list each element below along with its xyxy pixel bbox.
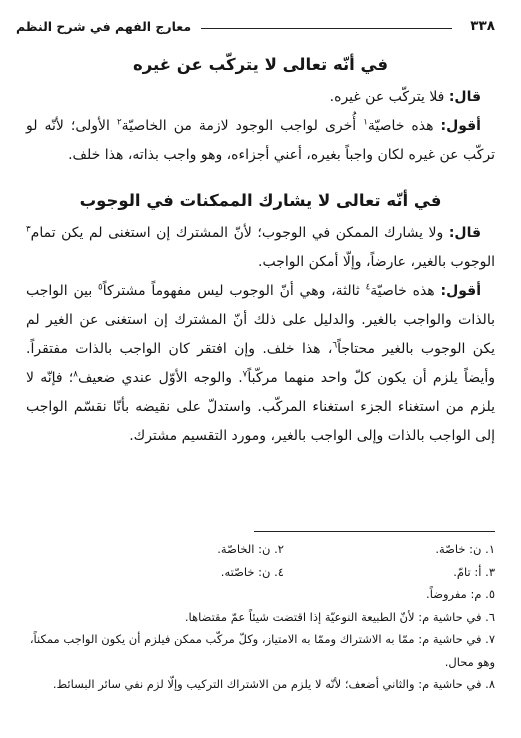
footnote-3: ٣. أ: تامّ. (284, 561, 495, 584)
footnote-ref: ٧ (243, 369, 248, 379)
footnote-6: ٦. في حاشية م: لأنّ الطبيعة النوعيّة إذا… (26, 606, 495, 629)
paragraph-qala-2: قال: ولا يشارك الممكن في الوجوب؛ لأنّ ال… (26, 219, 495, 277)
book-page: معارج الفهم في شرح النظم ٣٣٨ في أنّه تعا… (0, 0, 521, 738)
footnote-separator (254, 531, 495, 532)
paragraph-text: ولا يشارك الممكن في الوجوب؛ لأنّ المشترك… (26, 225, 495, 270)
paragraph-text: فلا يتركّب عن غيره. (330, 89, 449, 105)
speaker-lead: أقول: (441, 283, 482, 299)
paragraph-text: هذه خاصيّة١ أُخرى لواجب الوجود لازمة من … (26, 118, 495, 163)
footnote-5: ٥. م: مفروضاً. (26, 583, 495, 606)
footnote-row: ٣. أ: تامّ. ٤. ن: خاصّته. (26, 561, 495, 584)
footnote-ref: ٤ (366, 282, 371, 292)
footnotes-block: ١. ن: خاصّة. ٢. ن: الخاصّة. ٣. أ: تامّ. … (26, 531, 495, 696)
footnote-4: ٤. ن: خاصّته. (26, 561, 284, 584)
header-rule (201, 28, 452, 29)
section-heading-2: في أنّه تعالى لا يشارك الممكنات في الوجو… (26, 191, 495, 210)
page-header: معارج الفهم في شرح النظم ٣٣٨ (0, 0, 521, 34)
footnote-ref: ١ (363, 117, 368, 127)
speaker-lead: أقول: (440, 118, 481, 134)
footnote-7: ٧. في حاشية م: ممّا به الاشتراك وممّا به… (26, 628, 495, 673)
speaker-lead: قال: (449, 89, 481, 105)
footnote-2: ٢. ن: الخاصّة. (26, 538, 284, 561)
speaker-lead: قال: (449, 225, 481, 241)
paragraph-aqulu-1: أقول: هذه خاصيّة١ أُخرى لواجب الوجود لاز… (26, 112, 495, 170)
paragraph-qala-1: قال: فلا يتركّب عن غيره. (26, 83, 495, 112)
page-number: ٣٣٨ (470, 18, 495, 34)
paragraph-text: هذه خاصيّة٤ ثالثة، وهي أنّ الوجوب ليس مف… (26, 283, 495, 444)
footnote-ref: ٨ (73, 369, 78, 379)
footnote-ref: ٢ (117, 117, 122, 127)
footnote-ref: ٣ (26, 224, 31, 234)
footnote-row: ١. ن: خاصّة. ٢. ن: الخاصّة. (26, 538, 495, 561)
page-body: في أنّه تعالى لا يتركّب عن غيره قال: فلا… (0, 55, 521, 451)
footnote-ref: ٦ (332, 340, 337, 350)
footnote-ref: ٥ (98, 282, 103, 292)
running-head-title: معارج الفهم في شرح النظم (16, 19, 191, 34)
footnote-8: ٨. في حاشية م: والثاني أضعف؛ لأنّه لا يل… (26, 673, 495, 696)
paragraph-aqulu-2: أقول: هذه خاصيّة٤ ثالثة، وهي أنّ الوجوب … (26, 277, 495, 451)
footnote-1: ١. ن: خاصّة. (284, 538, 495, 561)
section-heading-1: في أنّه تعالى لا يتركّب عن غيره (26, 55, 495, 74)
